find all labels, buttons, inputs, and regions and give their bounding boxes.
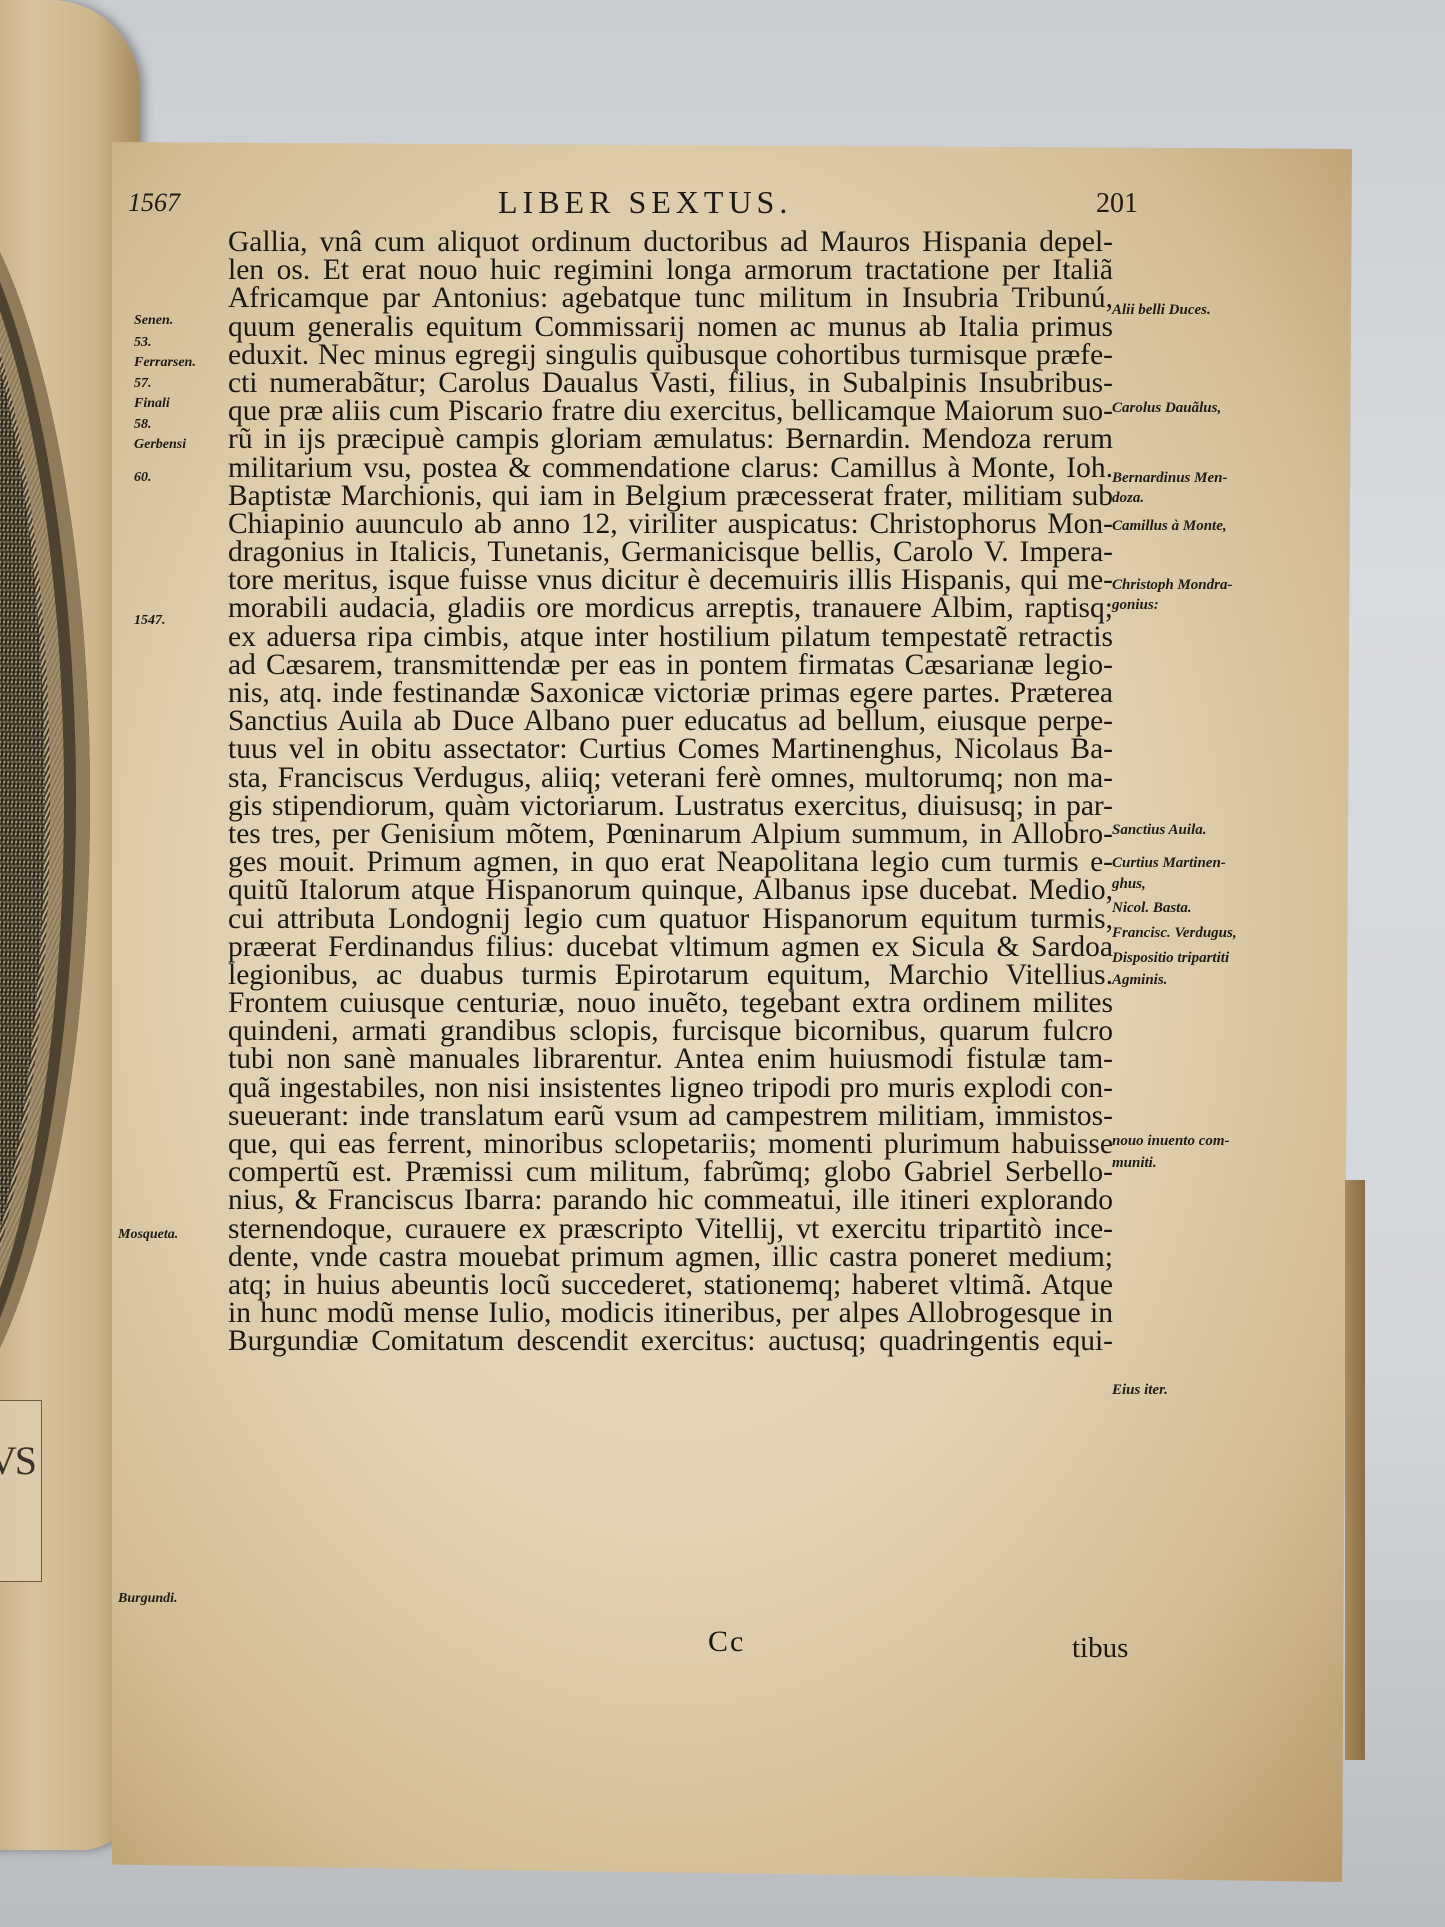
- left-margin-note: Mosqueta.: [118, 1227, 178, 1243]
- text-line: quindeni, armati grandibus sclopis, furc…: [228, 1017, 1113, 1045]
- left-margin-note: Senen.: [134, 313, 173, 329]
- left-margin-note: 1547.: [134, 613, 166, 629]
- catchword: tibus: [1072, 1632, 1128, 1665]
- text-line: quã ingestabiles, non nisi insistentes l…: [228, 1074, 1113, 1102]
- left-margin-note: 60.: [134, 470, 152, 486]
- text-line: nis, atq. inde festinandæ Saxonicæ victo…: [228, 679, 1113, 707]
- right-margin-note: Alii belli Duces.: [1112, 302, 1211, 318]
- right-margin-note: Curtius Martinen-: [1112, 855, 1226, 871]
- text-line: ex aduersa ripa cimbis, atque inter host…: [228, 623, 1113, 651]
- running-head: 1567 LIBER SEXTUS. 201: [128, 182, 1138, 222]
- right-margin-note: doza.: [1112, 490, 1144, 506]
- text-line: que præ aliis cum Piscario fratre diu ex…: [228, 397, 1113, 425]
- signature-mark: Cc: [708, 1625, 745, 1659]
- engraved-portrait: [0, 195, 45, 1405]
- text-line: tubi non sanè manuales librarentur. Ante…: [228, 1045, 1113, 1073]
- text-line: tes tres, per Genisium mõtem, Pœninarum …: [228, 820, 1113, 848]
- plate-caption-text: TIVS: [0, 1437, 35, 1484]
- text-line: morabili audacia, gladiis ore mordicus a…: [228, 594, 1113, 622]
- text-line: tore meritus, isque fuisse vnus dicitur …: [228, 566, 1113, 594]
- text-line: ad Cæsarem, transmittendæ per eas in pon…: [228, 651, 1113, 679]
- text-line: quitũ Italorum atque Hispanorum quinque,…: [228, 876, 1113, 904]
- plate-caption-box: TIVS: [0, 1400, 42, 1582]
- text-line: len os. Et erat nouo huic regimini longa…: [228, 256, 1113, 284]
- text-line: Chiapinio auunculo ab anno 12, viriliter…: [228, 510, 1113, 538]
- text-line: atq; in huius abeuntis locũ succederet, …: [228, 1271, 1113, 1299]
- text-line: Africamque par Antonius: agebatque tunc …: [228, 284, 1113, 312]
- text-line: Baptistæ Marchionis, qui iam in Belgium …: [228, 482, 1113, 510]
- right-margin-note: Dispositio tripartiti: [1112, 950, 1229, 966]
- right-margin-note: Christoph Mondra-: [1112, 577, 1232, 593]
- torn-page-edge: [1345, 1180, 1365, 1760]
- text-line: gis stipendiorum, quàm victoriarum. Lust…: [228, 792, 1113, 820]
- text-line: quum generalis equitum Commissarij nomen…: [228, 313, 1113, 341]
- text-line: sternendoque, curauere ex præscripto Vit…: [228, 1215, 1113, 1243]
- text-line: rũ in ijs præcipuè campis gloriam æmulat…: [228, 425, 1113, 453]
- left-margin-note: Gerbensi: [134, 437, 186, 453]
- right-margin-note: muniti.: [1112, 1155, 1157, 1171]
- margin-year: 1567: [128, 188, 180, 218]
- text-line: que, qui eas ferrent, minoribus sclopeta…: [228, 1130, 1113, 1158]
- left-margin-note: Finali: [134, 396, 170, 412]
- left-margin-note: 58.: [134, 417, 152, 433]
- text-line: in hunc modũ mense Iulio, modicis itiner…: [228, 1299, 1113, 1327]
- text-line: compertũ est. Præmissi cum militum, fabr…: [228, 1158, 1113, 1186]
- text-line: dragonius in Italicis, Tunetanis, German…: [228, 538, 1113, 566]
- text-line: præerat Ferdinandus filius: ducebat vlti…: [228, 933, 1113, 961]
- text-line: sueuerant: inde translatum earũ vsum ad …: [228, 1102, 1113, 1130]
- right-margin-note: Nicol. Basta.: [1112, 900, 1192, 916]
- text-line: nius, & Franciscus Ibarra: parando hic c…: [228, 1186, 1113, 1214]
- text-line: sta, Franciscus Verdugus, aliiq; veteran…: [228, 764, 1113, 792]
- folio-number: 201: [1096, 188, 1138, 220]
- left-margin-note: Burgundi.: [118, 1591, 178, 1607]
- right-margin-note: gonius:: [1112, 597, 1159, 613]
- body-text: Gallia, vnâ cum aliquot ordinum ductorib…: [228, 228, 1113, 1356]
- book-title: LIBER SEXTUS.: [498, 184, 792, 221]
- right-margin-note: Eius iter.: [1112, 1382, 1168, 1398]
- left-margin-note: 53.: [134, 335, 152, 351]
- left-margin-note: 57.: [134, 376, 152, 392]
- text-line: eduxit. Nec minus egregij singulis quibu…: [228, 341, 1113, 369]
- text-line: militarium vsu, postea & commendatione c…: [228, 454, 1113, 482]
- text-line: Burgundiæ Comitatum descendit exercitus:…: [228, 1327, 1113, 1355]
- right-margin-note: Carolus Dauãlus,: [1112, 400, 1221, 416]
- text-line: ges mouit. Primum agmen, in quo erat Nea…: [228, 848, 1113, 876]
- left-margin-note: Ferrarsen.: [134, 355, 196, 371]
- engraved-portrait-frame: [0, 150, 90, 1450]
- text-line: tuus vel in obitu assectator: Curtius Co…: [228, 735, 1113, 763]
- text-line: cti numerabãtur; Carolus Daualus Vasti, …: [228, 369, 1113, 397]
- right-margin-note: Agminis.: [1112, 972, 1167, 988]
- text-line: cui attributa Londognij legio cum quatuo…: [228, 905, 1113, 933]
- right-margin-note: ghus,: [1112, 876, 1146, 892]
- text-line: Gallia, vnâ cum aliquot ordinum ductorib…: [228, 228, 1113, 256]
- right-margin-note: Bernardinus Men-: [1112, 470, 1227, 486]
- right-margin-note: Francisc. Verdugus,: [1112, 925, 1237, 941]
- right-margin-note: Camillus à Monte,: [1112, 518, 1227, 534]
- text-line: Frontem cuiusque centuriæ, nouo inuẽto, …: [228, 989, 1113, 1017]
- text-line: legionibus, ac duabus turmis Epirotarum …: [228, 961, 1113, 989]
- text-line: dente, vnde castra mouebat primum agmen,…: [228, 1243, 1113, 1271]
- text-line: Sanctius Auila ab Duce Albano puer educa…: [228, 707, 1113, 735]
- right-margin-note: nouo inuento com-: [1112, 1133, 1230, 1149]
- right-margin-note: Sanctius Auila.: [1112, 822, 1206, 838]
